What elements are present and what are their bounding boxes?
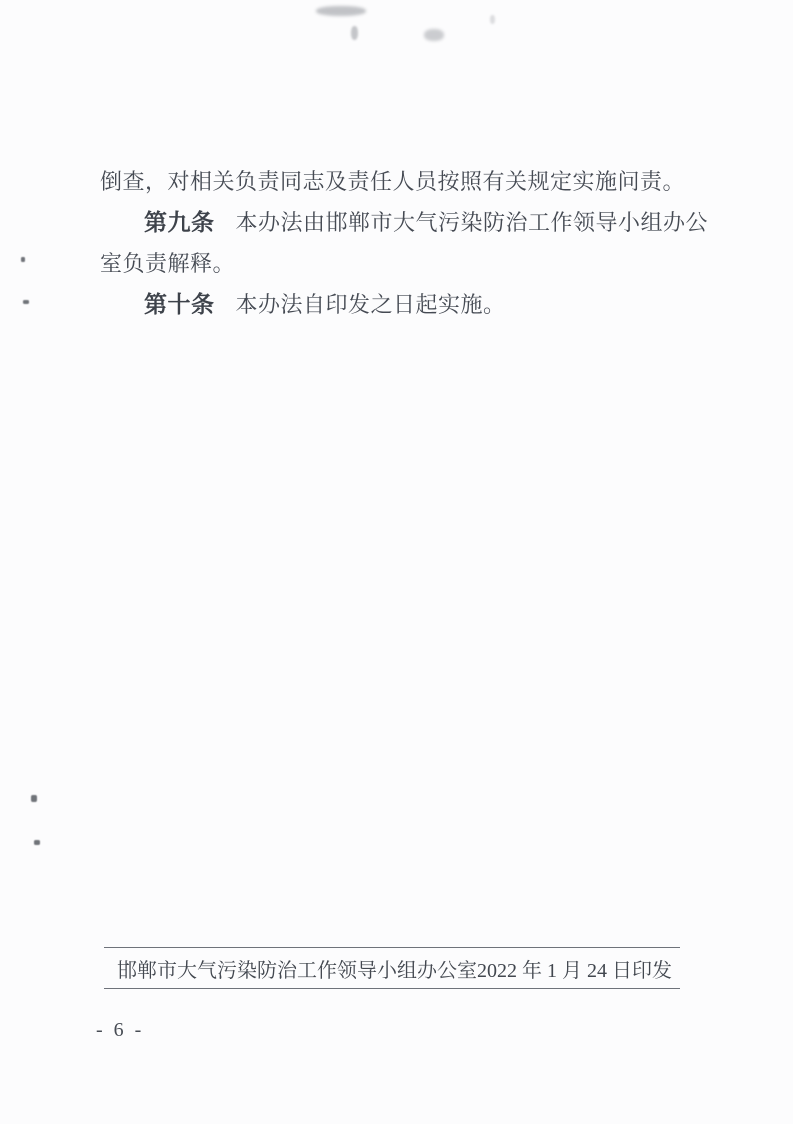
article-number: 第九条 (144, 209, 215, 235)
line-text: 本办法自印发之日起实施。 (236, 292, 506, 317)
scan-speck (31, 795, 37, 802)
text-line: 室负责解释。 (100, 243, 696, 284)
document-body: 倒查，对相关负责同志及责任人员按照有关规定实施问责。 第九条本办法由邯郸市大气污… (100, 161, 696, 325)
line-text: 本办法由邯郸市大气污染防治工作领导小组办公 (236, 210, 709, 235)
text-line-article-10: 第十条本办法自印发之日起实施。 (100, 284, 696, 325)
scan-artifact (424, 29, 444, 41)
scan-artifact (351, 26, 358, 40)
issue-date: 2022 年 1 月 24 日印发 (477, 954, 672, 983)
scan-speck (34, 840, 40, 845)
scan-artifact (316, 6, 366, 16)
text-line: 倒查，对相关负责同志及责任人员按照有关规定实施问责。 (100, 161, 696, 202)
line-text: 倒查，对相关负责同志及责任人员按照有关规定实施问责。 (100, 169, 685, 194)
article-number: 第十条 (144, 291, 215, 317)
line-text: 室负责解释。 (100, 251, 235, 276)
issuing-office: 邯郸市大气污染防治工作领导小组办公室 (117, 954, 477, 983)
scan-artifact (490, 15, 495, 24)
text-line-article-9: 第九条本办法由邯郸市大气污染防治工作领导小组办公 (100, 202, 696, 243)
scan-speck (21, 257, 25, 262)
scanned-document-page: 倒查，对相关负责同志及责任人员按照有关规定实施问责。 第九条本办法由邯郸市大气污… (0, 0, 793, 1124)
issuance-footer: 邯郸市大气污染防治工作领导小组办公室 2022 年 1 月 24 日印发 (104, 947, 680, 989)
scan-speck (23, 300, 29, 304)
page-number: - 6 - (96, 1019, 144, 1042)
